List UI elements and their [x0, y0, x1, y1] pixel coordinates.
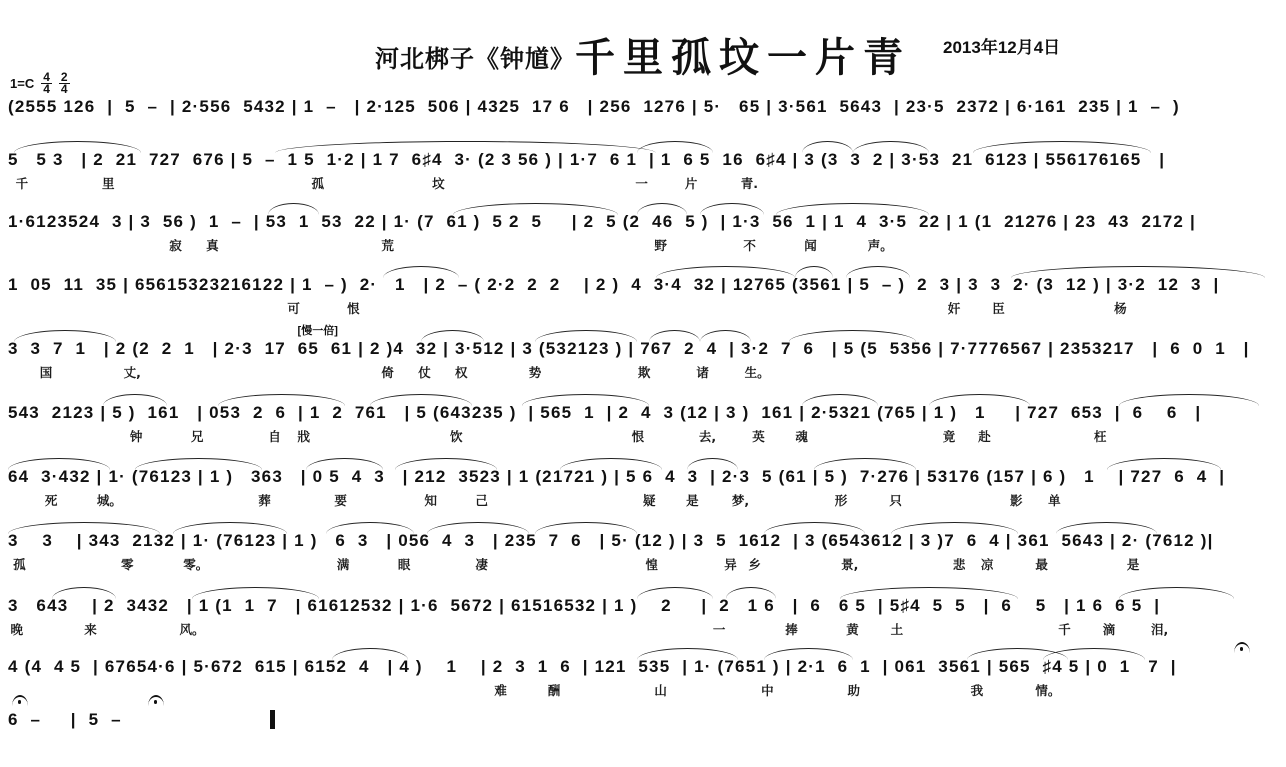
lyric-syllable: 不 — [743, 236, 756, 254]
lyric-syllable: 青. — [741, 174, 758, 192]
lyric-syllable: 风。 — [179, 620, 204, 638]
lyric-syllable: 去, — [699, 427, 716, 445]
notation-system-8: 3 3 | 343 2132 | 1· (76123 | 1 ) 6 3 | 0… — [8, 529, 1278, 585]
lyric-syllable: 英 — [752, 427, 765, 445]
notation-line: 5 5 3 | 2 21 727 676 | 5 – 1 5 1·2 | 1 7… — [8, 148, 1278, 172]
lyrics-line: 钟兄自戕饮恨去,英魂竟赴枉 — [8, 427, 1278, 445]
lyric-syllable: 疑 — [643, 491, 656, 509]
lyrics-line: 难酬山中助我情。 — [8, 681, 1278, 699]
lyric-syllable: 捧 — [785, 620, 798, 638]
lyric-syllable: 真 — [206, 236, 219, 254]
lyric-syllable: 欺 — [638, 363, 651, 381]
lyric-syllable: 孤 — [312, 174, 325, 192]
lyric-syllable: 仗 — [418, 363, 431, 381]
notation-system-6: 543 2123 | 5 ) 161 | 053 2 6 | 1 2 761 |… — [8, 401, 1278, 457]
lyric-syllable: 零 — [121, 555, 134, 573]
lyric-syllable: 只 — [889, 491, 902, 509]
lyric-syllable: 杨 — [1114, 299, 1127, 317]
final-barline — [270, 710, 275, 729]
lyric-syllable: 影 — [1010, 491, 1023, 509]
lyric-syllable: 我 — [971, 681, 984, 699]
lyric-syllable: 形 — [835, 491, 848, 509]
notation-system-1: (2555 126 | 5 – | 2·556 5432 | 1 – | 2·1… — [8, 95, 1278, 151]
lyric-syllable: 枉 — [1094, 427, 1107, 445]
lyric-syllable: 满 — [337, 555, 350, 573]
lyric-syllable: 是 — [1127, 555, 1140, 573]
lyrics-line: 国丈,倚仗权势欺诸生。 — [8, 363, 1278, 381]
notation-line: 3 3 | 343 2132 | 1· (76123 | 1 ) 6 3 | 0… — [8, 529, 1278, 553]
lyric-syllable: 寂 — [169, 236, 182, 254]
work-name: 河北梆子《钟馗》 — [375, 46, 575, 73]
lyric-syllable: 知 — [425, 491, 438, 509]
notation-system-5: 3 3 7 1 | 2 (2 2 1 | 2·3 17 65 61 | 2 )4… — [8, 337, 1278, 393]
lyrics-line: 孤零零。满眼凄惶异乡景,悲凉最是 — [8, 555, 1278, 573]
lyric-syllable: 国 — [40, 363, 53, 381]
notation-line: 543 2123 | 5 ) 161 | 053 2 6 | 1 2 761 |… — [8, 401, 1278, 425]
lyric-syllable: 异 — [724, 555, 737, 573]
lyric-syllable: 情。 — [1035, 681, 1060, 699]
lyric-syllable: 势 — [529, 363, 542, 381]
lyric-syllable: 难 — [494, 681, 507, 699]
fermata-icon — [1234, 642, 1250, 653]
lyric-syllable: 倚 — [381, 363, 394, 381]
key-signature: 1=C 44 24 — [10, 72, 70, 95]
lyric-syllable: 兄 — [191, 427, 204, 445]
notation-line: 6 – | 5 – — [8, 708, 1278, 732]
lyric-syllable: 要 — [334, 491, 347, 509]
lyric-syllable: 悲 — [953, 555, 966, 573]
lyrics-line: 死城。葬要知己疑是梦,形只影单 — [8, 491, 1278, 509]
lyric-syllable: 恨 — [632, 427, 645, 445]
lyric-syllable: 竟 — [943, 427, 956, 445]
lyric-syllable: 是 — [686, 491, 699, 509]
lyric-syllable: 赴 — [978, 427, 991, 445]
lyric-syllable: 梦, — [732, 491, 749, 509]
lyric-syllable: 己 — [475, 491, 488, 509]
lyric-syllable: 饮 — [450, 427, 463, 445]
lyric-syllable: 一 — [713, 620, 726, 638]
lyric-syllable: 凉 — [981, 555, 994, 573]
lyric-syllable: 里 — [102, 174, 115, 192]
lyric-syllable: 助 — [847, 681, 860, 699]
lyric-syllable: 山 — [654, 681, 667, 699]
lyric-syllable: 零。 — [183, 555, 208, 573]
lyric-syllable: 声。 — [868, 236, 893, 254]
notation-line: 1 05 11 35 | 65615323216122 | 1 – ) 2· 1… — [8, 273, 1278, 297]
lyric-syllable: 奸 — [948, 299, 961, 317]
notation-line: 1·6123524 3 | 3 56 ) 1 – | 53 1 53 22 | … — [8, 210, 1278, 234]
lyric-syllable: 酬 — [548, 681, 561, 699]
lyric-syllable: 野 — [654, 236, 667, 254]
title-block: 河北梆子《钟馗》千里孤坟一片青 — [0, 26, 1286, 83]
lyric-syllable: 坟 — [432, 174, 445, 192]
notation-system-10: 4 (4 4 5 | 67654·6 | 5·672 615 | 6152 4 … — [8, 655, 1278, 711]
lyric-syllable: 荒 — [381, 236, 394, 254]
notation-system-11: 6 – | 5 – — [8, 708, 1278, 764]
date-label: 2013年12月4日 — [943, 33, 1060, 58]
lyric-syllable: 权 — [455, 363, 468, 381]
lyric-syllable: 眼 — [398, 555, 411, 573]
notation-line: (2555 126 | 5 – | 2·556 5432 | 1 – | 2·1… — [8, 95, 1278, 119]
notation-line: 64 3·432 | 1· (76123 | 1 ) 363 | 0 5 4 3… — [8, 465, 1278, 489]
lyric-syllable: 魂 — [795, 427, 808, 445]
lyric-syllable: 诸 — [696, 363, 709, 381]
lyric-syllable: 晚 — [11, 620, 24, 638]
lyric-syllable: 土 — [891, 620, 904, 638]
page-title: 千里孤坟一片青 — [575, 36, 911, 80]
lyric-syllable: 可 — [287, 299, 300, 317]
lyric-syllable: 一 — [635, 174, 648, 192]
lyrics-line: 千里孤坟一片青. — [8, 174, 1278, 192]
lyric-syllable: 生。 — [745, 363, 770, 381]
notation-line: 3 643 | 2 3432 | 1 (1 1 7 | 61612532 | 1… — [8, 594, 1278, 618]
lyric-syllable: 惶 — [646, 555, 659, 573]
lyric-syllable: 丈, — [124, 363, 141, 381]
lyrics-line: 可恨奸臣杨 — [8, 299, 1278, 317]
notation-system-4: 1 05 11 35 | 65615323216122 | 1 – ) 2· 1… — [8, 273, 1278, 329]
lyric-syllable: 凄 — [475, 555, 488, 573]
lyric-syllable: 最 — [1035, 555, 1048, 573]
lyric-syllable: 戕 — [298, 427, 311, 445]
lyric-syllable: 泪, — [1151, 620, 1168, 638]
sheet-music-page: 河北梆子《钟馗》千里孤坟一片青 2013年12月4日 1=C 44 24 (25… — [0, 0, 1286, 767]
lyric-syllable: 黄 — [846, 620, 859, 638]
time-signature-1: 44 — [41, 72, 52, 95]
lyric-syllable: 闻 — [804, 236, 817, 254]
notation-line: 4 (4 4 5 | 67654·6 | 5·672 615 | 6152 4 … — [8, 655, 1278, 679]
lyrics-line: 寂真荒野不闻声。 — [8, 236, 1278, 254]
lyric-syllable: 片 — [685, 174, 698, 192]
lyric-syllable: 城。 — [97, 491, 122, 509]
notation-system-2: 5 5 3 | 2 21 727 676 | 5 – 1 5 1·2 | 1 7… — [8, 148, 1278, 204]
lyric-syllable: 臣 — [992, 299, 1005, 317]
lyric-syllable: 千 — [1058, 620, 1071, 638]
lyric-syllable: 钟 — [130, 427, 143, 445]
key-label: 1=C — [10, 76, 34, 91]
notation-system-9: 3 643 | 2 3432 | 1 (1 1 7 | 61612532 | 1… — [8, 594, 1278, 650]
lyric-syllable: 葬 — [258, 491, 271, 509]
notation-line: 3 3 7 1 | 2 (2 2 1 | 2·3 17 65 61 | 2 )4… — [8, 337, 1278, 361]
lyric-syllable: 自 — [268, 427, 281, 445]
lyric-syllable: 死 — [45, 491, 58, 509]
tempo-annotation: [慢一倍] — [298, 322, 338, 338]
lyrics-line — [8, 121, 1278, 139]
notation-system-7: 64 3·432 | 1· (76123 | 1 ) 363 | 0 5 4 3… — [8, 465, 1278, 521]
lyric-syllable: 千 — [16, 174, 29, 192]
lyric-syllable: 景, — [841, 555, 858, 573]
lyrics-line: 晚来风。一捧黄土千滴泪, — [8, 620, 1278, 638]
time-signature-2: 24 — [59, 72, 70, 95]
lyric-syllable: 滴 — [1103, 620, 1116, 638]
lyric-syllable: 乡 — [748, 555, 761, 573]
notation-system-3: 1·6123524 3 | 3 56 ) 1 – | 53 1 53 22 | … — [8, 210, 1278, 266]
lyric-syllable: 中 — [761, 681, 774, 699]
lyric-syllable: 来 — [84, 620, 97, 638]
lyric-syllable: 恨 — [347, 299, 360, 317]
lyric-syllable: 单 — [1048, 491, 1061, 509]
lyric-syllable: 孤 — [13, 555, 26, 573]
